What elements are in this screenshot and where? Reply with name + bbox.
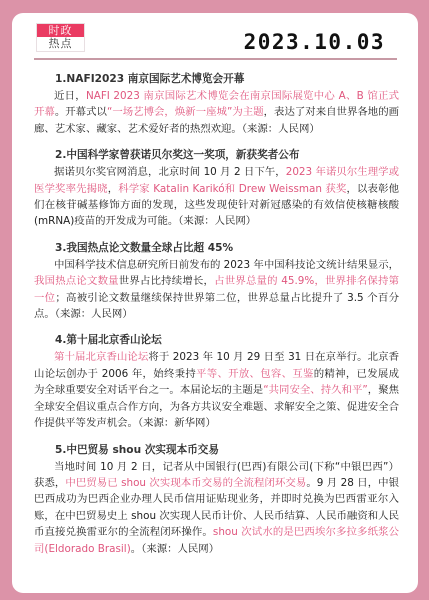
- news-body: 中国科学技术信息研究所日前发布的 2023 年中国科技论文统计结果显示，我国热点…: [34, 257, 399, 323]
- tag-hot: 热点: [37, 37, 84, 51]
- news-body: 当地时间 10 月 2 日，记者从中国银行(巴西)有限公司(下称“中银巴西”）获…: [34, 459, 399, 557]
- news-body: 近日，NAFI 2023 南京国际艺术博览会在南京国际展览中心 A、B 馆正式开…: [34, 88, 399, 137]
- category-tag: 时政 热点: [36, 23, 85, 52]
- highlight-text: 平等、开放、包容、互鉴: [196, 368, 314, 380]
- news-item: 5.中巴贸易 shou 次实现本币交易 当地时间 10 月 2 日，记者从中国银…: [34, 442, 399, 557]
- header-divider: [34, 58, 397, 60]
- news-title: 5.中巴贸易 shou 次实现本币交易: [34, 442, 399, 459]
- highlight-text: “一场艺博会，焕新一座城”为主题: [107, 106, 264, 118]
- news-list: 1.NAFI2023 南京国际艺术博览会开幕 近日，NAFI 2023 南京国际…: [34, 71, 399, 567]
- body-text: 据诺贝尔奖官网消息，北京时间 10 月 2 日下午，: [54, 166, 286, 178]
- body-text: ；高被引论文数量继续保持世界第二位，世界总量占比提升了 3.5 个百分点。（来源…: [34, 292, 399, 320]
- news-item: 3.我国热点论文数量全球占比超 45% 中国科学技术信息研究所日前发布的 202…: [34, 240, 399, 323]
- body-text: 世界占比持续增长，: [119, 275, 214, 287]
- issue-date: 2023.10.03: [215, 30, 385, 54]
- news-card: 时政 热点 2023.10.03 1.NAFI2023 南京国际艺术博览会开幕 …: [12, 13, 418, 593]
- body-text: 近日，: [54, 90, 86, 102]
- body-text: 。开幕式以: [55, 106, 107, 118]
- highlight-text: 第十届北京香山论坛: [54, 351, 148, 363]
- news-item: 2.中国科学家曾获诺贝尔奖这一奖项，新获奖者公布 据诺贝尔奖官网消息，北京时间 …: [34, 147, 399, 230]
- highlight-text: 我国热点论文数量: [34, 275, 119, 287]
- highlight-text: “共同安全、持久和平”: [263, 384, 368, 396]
- tag-politics: 时政: [37, 24, 84, 37]
- body-text: ，: [108, 183, 119, 195]
- highlight-text: 中巴贸易已 shou 次实现本币交易的全流程闭环交易: [65, 477, 306, 489]
- news-title: 1.NAFI2023 南京国际艺术博览会开幕: [34, 71, 399, 88]
- highlight-text: 科学家 Katalin Karikó和 Drew Weissman 获奖: [118, 183, 346, 195]
- body-text: 。（来源：人民网）: [131, 543, 219, 555]
- news-body: 第十届北京香山论坛将于 2023 年 10 月 29 日至 31 日在京举行。北…: [34, 349, 399, 431]
- news-title: 4.第十届北京香山论坛: [34, 332, 399, 349]
- news-item: 4.第十届北京香山论坛 第十届北京香山论坛将于 2023 年 10 月 29 日…: [34, 332, 399, 431]
- news-body: 据诺贝尔奖官网消息，北京时间 10 月 2 日下午，2023 年诺贝尔生理学或医…: [34, 164, 399, 230]
- news-title: 3.我国热点论文数量全球占比超 45%: [34, 240, 399, 257]
- body-text: 中国科学技术信息研究所日前发布的 2023 年中国科技论文统计结果显示，: [54, 259, 399, 271]
- news-item: 1.NAFI2023 南京国际艺术博览会开幕 近日，NAFI 2023 南京国际…: [34, 71, 399, 137]
- news-title: 2.中国科学家曾获诺贝尔奖这一奖项，新获奖者公布: [34, 147, 399, 164]
